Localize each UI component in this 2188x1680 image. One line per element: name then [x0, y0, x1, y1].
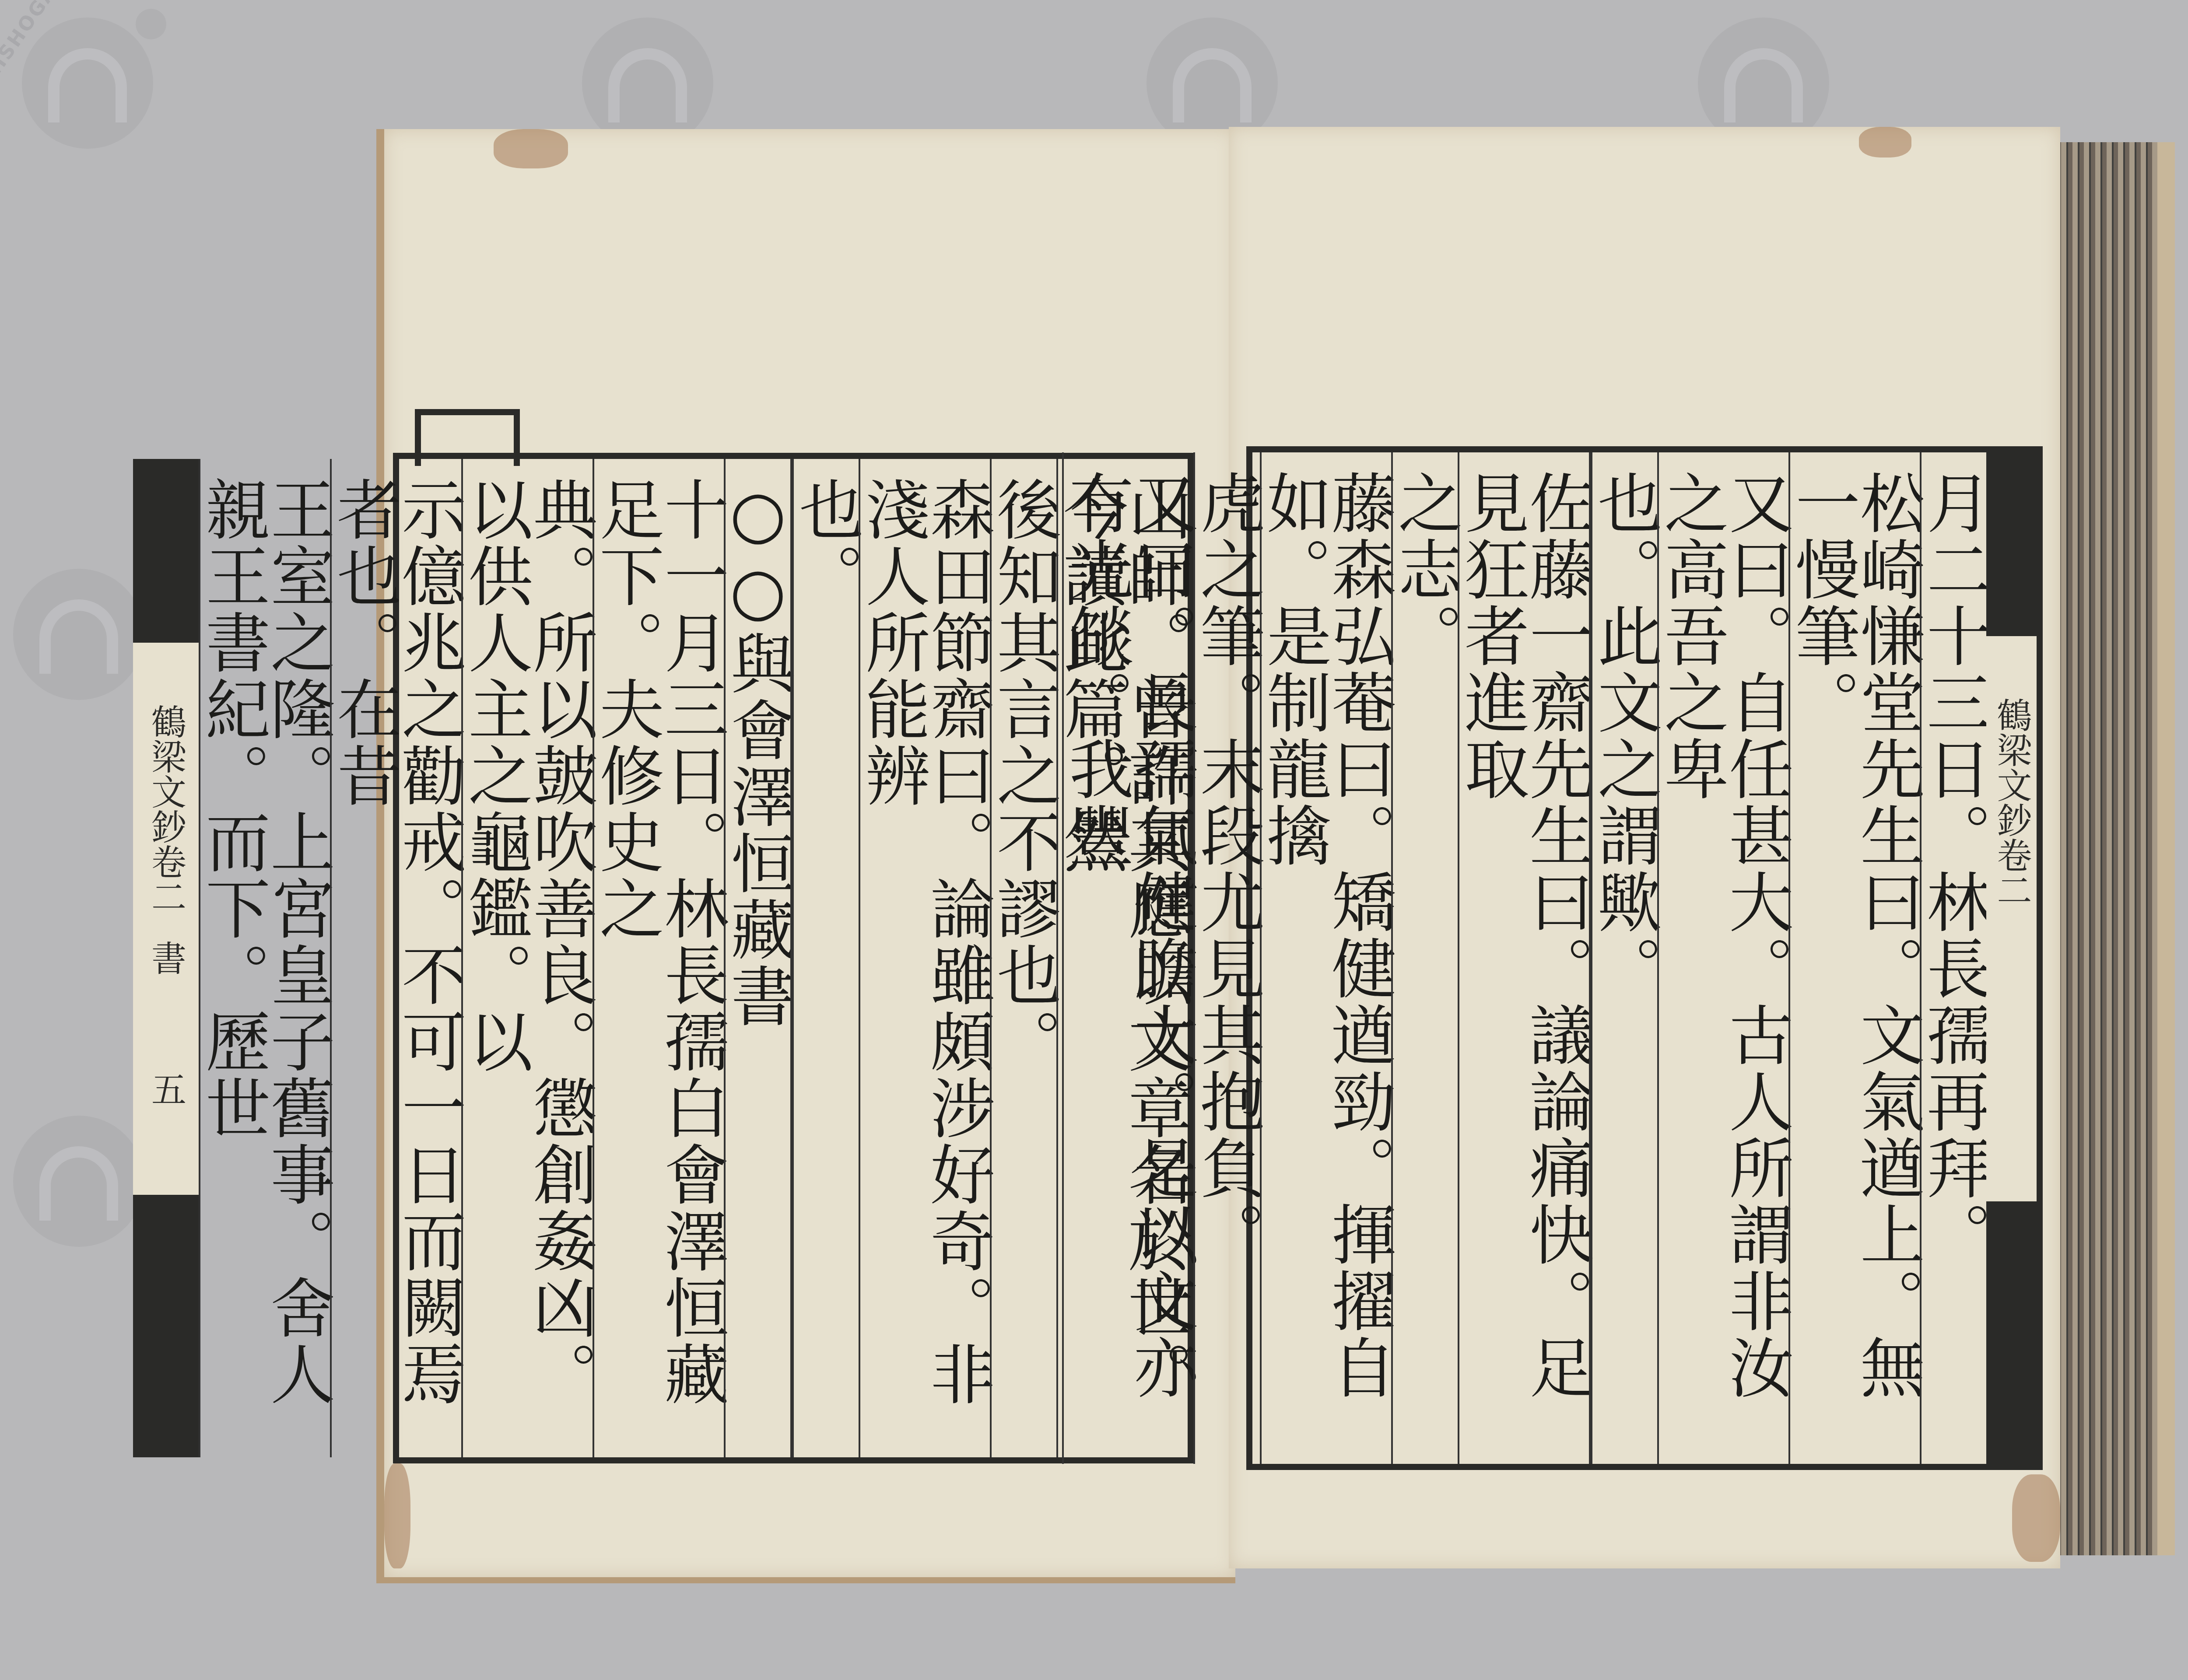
text-column: 後知其言之不謬也。: [990, 459, 1056, 1457]
watermark-dot-icon: [136, 9, 166, 39]
text-column: 十一月三日。林長孺白會澤恒藏足下。夫修史之: [593, 459, 724, 1457]
right-page: 鶴梁文鈔卷二 月二十三日。林長孺再拜。 松崎慊堂先生曰。文氣遒上。無一慢筆。 又…: [1229, 127, 2060, 1568]
text-column: 典。所以皷吹善良。懲創姦凶。以供人主之龜鑑。以: [461, 459, 593, 1457]
watermark-icon: [48, 48, 127, 122]
fish-tail-ornament-icon: [1986, 1201, 2037, 1464]
water-stain: [2012, 1474, 2060, 1562]
page-edge-stack: [2057, 142, 2175, 1555]
margin-section: 書: [141, 940, 191, 975]
text-columns: 鶴梁文鈔卷二 月二十三日。林長孺再拜。 松崎慊堂先生曰。文氣遒上。無一慢筆。 又…: [1252, 452, 2037, 1464]
text-column: 月二十三日。林長孺再拜。: [1920, 452, 1986, 1464]
text-column: 藤森弘菴曰。矯健遒勁。揮擢自如。是制龍擒: [1260, 452, 1391, 1464]
watermark-icon: [39, 1146, 118, 1221]
text-column: 森田節齋曰。論雖頗涉好奇。非淺人所能辨: [859, 459, 990, 1457]
text-frame: 鶴梁文鈔卷二 月二十三日。林長孺再拜。 松崎慊堂先生曰。文氣遒上。無一慢筆。 又…: [1246, 446, 2043, 1470]
watermark-logo: [13, 1116, 144, 1247]
fold-margin: 鶴梁文鈔卷二 書 五: [133, 459, 199, 1457]
fish-tail-ornament-icon: [133, 1195, 199, 1457]
text-column: 又曰。長孺氣健膽大。是以文亦有光燄。我豐: [1062, 452, 1193, 1464]
text-column: ○○與會澤恒藏書: [724, 459, 790, 1457]
text-column: 虎之筆。末段尤見其抱負。: [1193, 452, 1260, 1464]
water-stain: [494, 129, 568, 168]
fish-tail-ornament-icon: [1986, 452, 2037, 636]
fish-tail-ornament-icon: [133, 459, 199, 643]
margin-title: 鶴梁文鈔卷二: [1986, 697, 2037, 907]
water-stain: [1859, 127, 1911, 157]
page-number: 五: [141, 1071, 191, 1106]
margin-title: 鶴梁文鈔卷二: [141, 704, 191, 914]
text-column: 也。: [792, 459, 859, 1457]
watermark-icon: [1724, 48, 1803, 122]
text-column: 示億兆之勸戒。不可一日而闕焉者也。在昔: [330, 459, 461, 1457]
watermark-logo: [13, 569, 144, 700]
watermark-icon: [1173, 48, 1252, 122]
text-column: 又曰。自任甚大。古人所謂非汝之高吾之卑: [1657, 452, 1788, 1464]
text-column: 王室之隆。上宮皇子舊事。舍人親王書紀。而下。歷世: [199, 459, 330, 1457]
watermark-icon: [39, 599, 118, 674]
water-stain: [384, 1463, 410, 1568]
text-column: 佐藤一齋先生曰。議論痛快。足見狂者進取: [1458, 452, 1589, 1464]
watermark-logo: NISHOGAKUSHA: [22, 17, 153, 149]
text-column: 也。此文之謂歟。: [1591, 452, 1657, 1464]
fold-margin: 鶴梁文鈔卷二: [1986, 452, 2037, 1464]
text-column: 之志。: [1391, 452, 1458, 1464]
watermark-icon: [608, 48, 687, 122]
text-column: 松崎慊堂先生曰。文氣遒上。無一慢筆。: [1788, 452, 1920, 1464]
open-book: 山師。曾許其應以文章名於世。今讀此篇。然 後知其言之不謬也。 森田節齋曰。論雖頗…: [372, 125, 2157, 1582]
